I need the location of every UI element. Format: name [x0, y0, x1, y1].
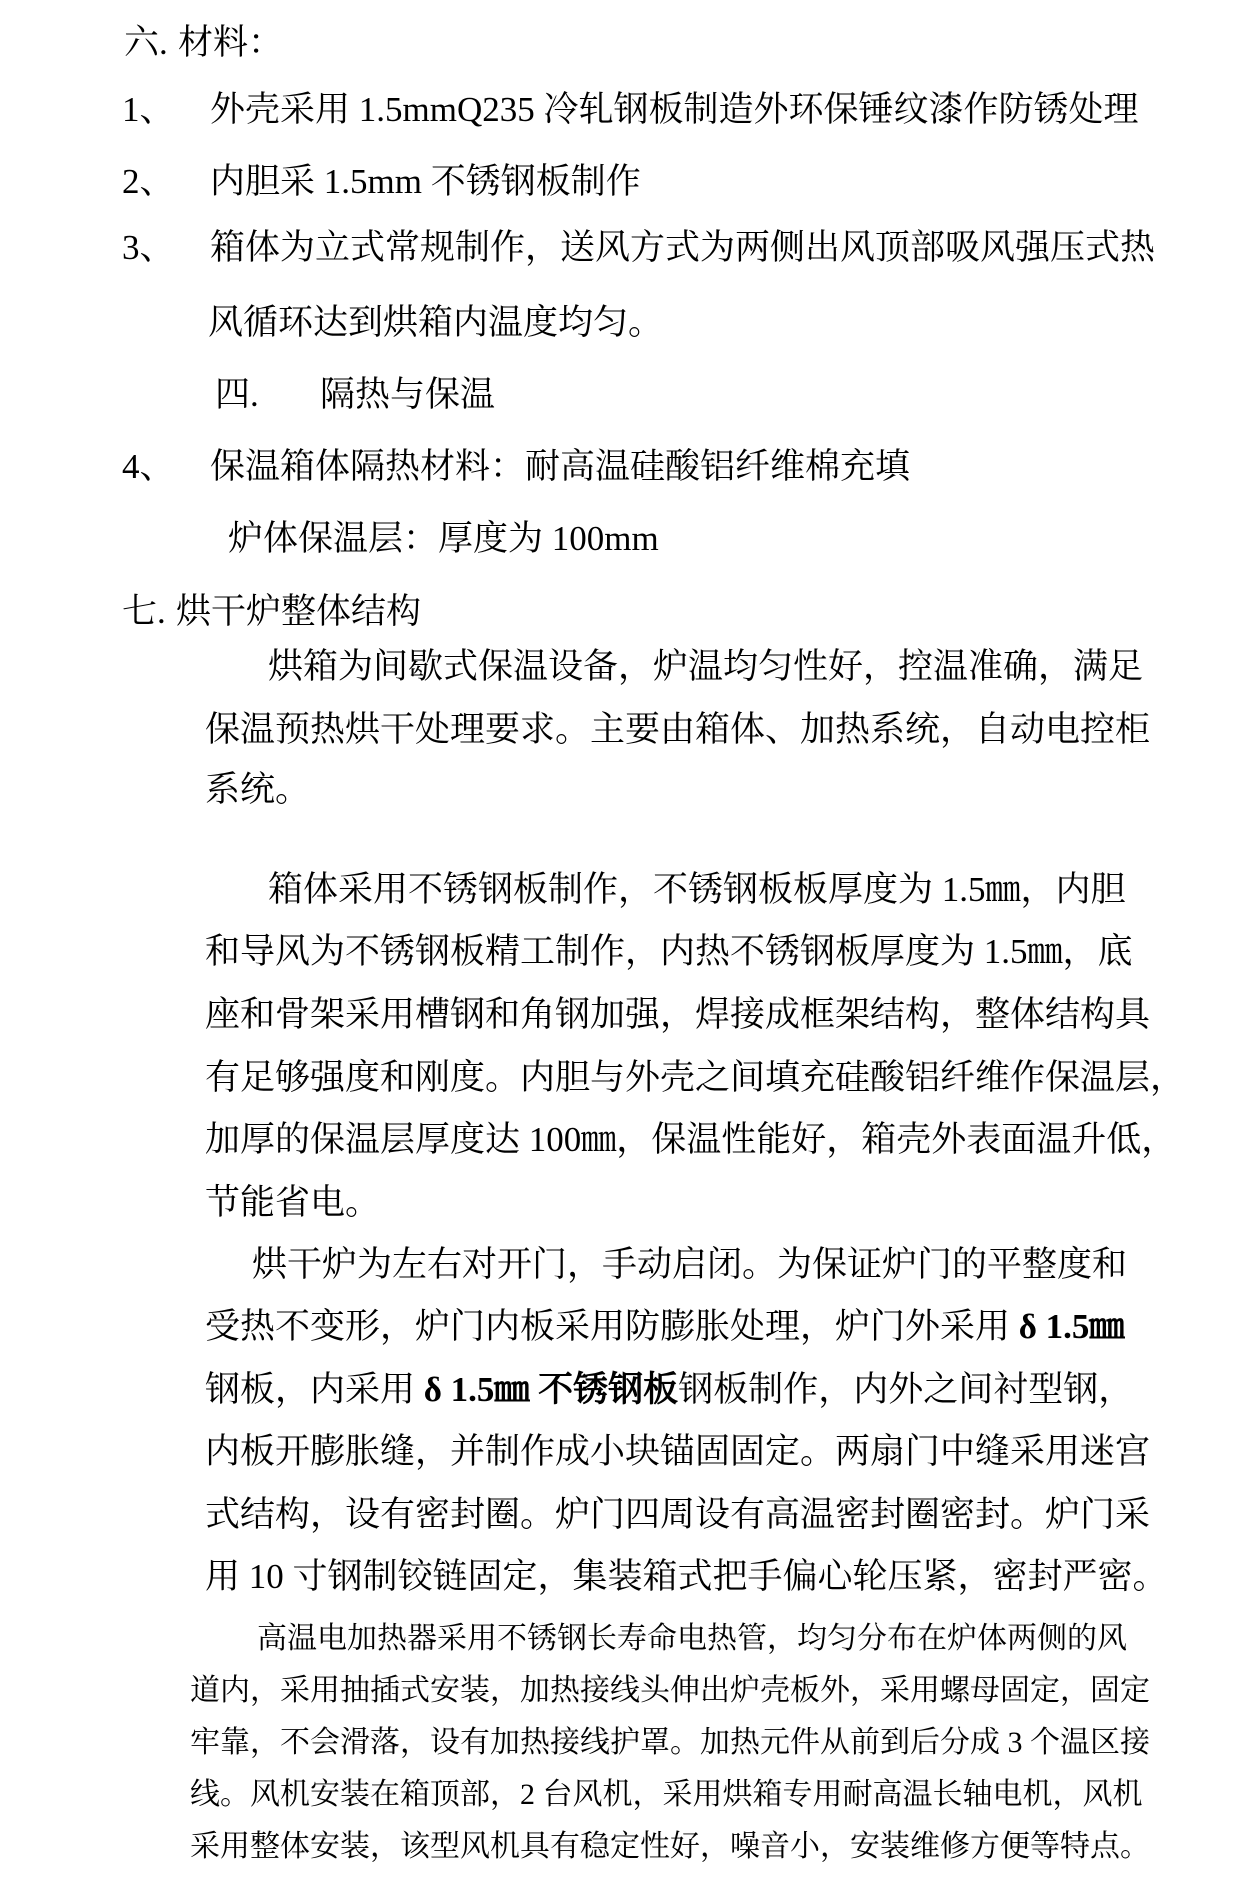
para-body-line1: 箱体采用不锈钢板制作，不锈钢板板厚度为 1.5㎜，内胆 [268, 869, 1126, 911]
para-overview-line2: 保温预热烘干处理要求。主要由箱体、加热系统，自动电控柜 [205, 709, 1150, 751]
para-overview-line1: 烘箱为间歇式保温设备，炉温均匀性好，控温准确，满足 [268, 646, 1143, 688]
para-heater-line2: 道内，采用抽插式安装，加热接线头伸出炉壳板外，采用螺母固定，固定 [190, 1673, 1150, 1709]
para-door-line3-bold-text: δ 1.5㎜ 不锈钢板 [424, 1370, 678, 1409]
para-door-line2-bold-text: δ 1.5㎜ [1019, 1307, 1125, 1346]
section-6-title: 材料： [178, 23, 283, 62]
para-body-line6: 节能省电。 [205, 1182, 380, 1224]
list-item-3-text-line2: 风循环达到烘箱内温度均匀。 [208, 302, 663, 344]
section-6-number: 六. [124, 22, 178, 64]
list-item-2: 2、内胆采 1.5mm 不锈钢板制作 [122, 161, 641, 203]
para-heater-line3: 牢靠，不会滑落，设有加热接线护罩。加热元件从前到后分成 3 个温区接 [190, 1725, 1150, 1761]
list-item-1-number: 1、 [122, 89, 210, 131]
para-body-line3: 座和骨架采用槽钢和角钢加强，焊接成框架结构，整体结构具 [205, 994, 1150, 1036]
para-door-line3-text-pre: 钢板，内采用 [205, 1370, 424, 1409]
list-item-4-number: 4、 [122, 446, 210, 488]
sub-heading-4-title: 隔热与保温 [320, 375, 495, 414]
section-7-heading: 七.烘干炉整体结构 [122, 591, 421, 633]
list-item-3: 3、箱体为立式常规制作，送风方式为两侧出风顶部吸风强压式热 [122, 227, 1155, 269]
section-6-heading: 六.材料： [124, 22, 283, 64]
para-body-line2: 和导风为不锈钢板精工制作，内热不锈钢板厚度为 1.5㎜，底 [205, 931, 1133, 973]
section-7-title: 烘干炉整体结构 [176, 592, 421, 631]
para-heater-line1: 高温电加热器采用不锈钢长寿命电热管，均匀分布在炉体两侧的风 [257, 1621, 1127, 1657]
document-page: 六.材料： 1、外壳采用 1.5mmQ235 冷轧钢板制造外环保锤纹漆作防锈处理… [0, 0, 1250, 1880]
para-door-line4: 内板开膨胀缝，并制作成小块锚固固定。两扇门中缝采用迷宫 [205, 1431, 1150, 1473]
para-overview-line3: 系统。 [205, 769, 310, 811]
para-door-line2-text: 受热不变形，炉门内板采用防膨胀处理，炉门外采用 [205, 1307, 1019, 1346]
list-item-3-text-line1: 箱体为立式常规制作，送风方式为两侧出风顶部吸风强压式热 [210, 228, 1155, 267]
para-body-line4: 有足够强度和刚度。内胆与外壳之间填充硅酸铝纤维作保温层， [205, 1057, 1185, 1099]
para-door-line2: 受热不变形，炉门内板采用防膨胀处理，炉门外采用 δ 1.5㎜ [205, 1306, 1124, 1348]
section-7-number: 七. [122, 591, 176, 633]
para-door-line5: 式结构，设有密封圈。炉门四周设有高温密封圈密封。炉门采 [205, 1494, 1150, 1536]
para-door-line6: 用 10 寸钢制铰链固定，集装箱式把手偏心轮压紧，密封严密。 [205, 1556, 1168, 1598]
list-item-4-text: 保温箱体隔热材料：耐高温硅酸铝纤维棉充填 [210, 447, 910, 486]
list-item-2-number: 2、 [122, 161, 210, 203]
para-door-line3-text-post: 钢板制作，内外之间衬型钢， [678, 1370, 1133, 1409]
sub-heading-4-number: 四. [215, 374, 320, 416]
para-heater-line5: 采用整体安装，该型风机具有稳定性好，噪音小，安装维修方便等特点。 [190, 1829, 1150, 1865]
list-item-4: 4、保温箱体隔热材料：耐高温硅酸铝纤维棉充填 [122, 446, 910, 488]
para-body-line5: 加厚的保温层厚度达 100㎜，保温性能好，箱壳外表面温升低， [205, 1119, 1176, 1161]
para-heater-line4: 线。风机安装在箱顶部，2 台风机，采用烘箱专用耐高温长轴电机，风机 [190, 1777, 1143, 1813]
list-item-3-number: 3、 [122, 227, 210, 269]
para-door-line1: 烘干炉为左右对开门，手动启闭。为保证炉门的平整度和 [252, 1244, 1127, 1286]
sub-heading-4: 四.隔热与保温 [215, 374, 495, 416]
list-item-2-text: 内胆采 1.5mm 不锈钢板制作 [210, 162, 641, 201]
para-door-line3: 钢板，内采用 δ 1.5㎜ 不锈钢板钢板制作，内外之间衬型钢， [205, 1369, 1133, 1411]
list-item-1: 1、外壳采用 1.5mmQ235 冷轧钢板制造外环保锤纹漆作防锈处理 [122, 89, 1138, 131]
list-item-1-text: 外壳采用 1.5mmQ235 冷轧钢板制造外环保锤纹漆作防锈处理 [210, 90, 1138, 129]
insulation-note: 炉体保温层：厚度为 100mm [228, 518, 659, 560]
